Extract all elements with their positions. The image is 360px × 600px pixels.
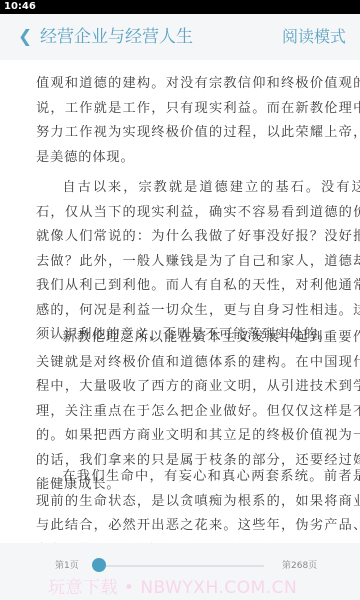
status-bar: 10:46 [0,0,360,14]
paragraph: 值观和道德的建构。对没有宗教信仰和终极价值观的人来说，工作就是工作，只有现实利益… [0,72,360,170]
first-page-label: 第1页 [55,558,79,571]
chevron-left-icon[interactable]: ❮ [18,28,34,46]
paragraph: 自古以来，宗教就是道德建立的基石。没有这个基石，仅从当下的现实利益，确实不容易看… [0,176,360,348]
app-header: ❮ 经营企业与经营人生 阅读模式 [0,14,360,60]
page-slider-thumb[interactable] [92,558,106,572]
page-navigator: 第1页 第268页 玩意下载 • NBWYXH.COM.CN [0,543,360,600]
last-page-label: 第268页 [282,558,317,571]
watermark: 玩意下载 • NBWYXH.COM.CN [48,573,297,598]
book-content[interactable]: 值观和道德的建构。对没有宗教信仰和终极价值观的人来说，工作就是工作，只有现实利益… [0,60,360,543]
reading-mode-button[interactable]: 阅读模式 [282,25,346,49]
status-time: 10:46 [4,0,36,14]
paragraph: 在我们生命中，有妄心和真心两套系统。前者是凡夫现前的生命状态，是以贪嗔痴为根系的… [0,465,360,543]
book-title: 经营企业与经营人生 [40,25,193,49]
page-slider-track[interactable] [98,565,264,567]
